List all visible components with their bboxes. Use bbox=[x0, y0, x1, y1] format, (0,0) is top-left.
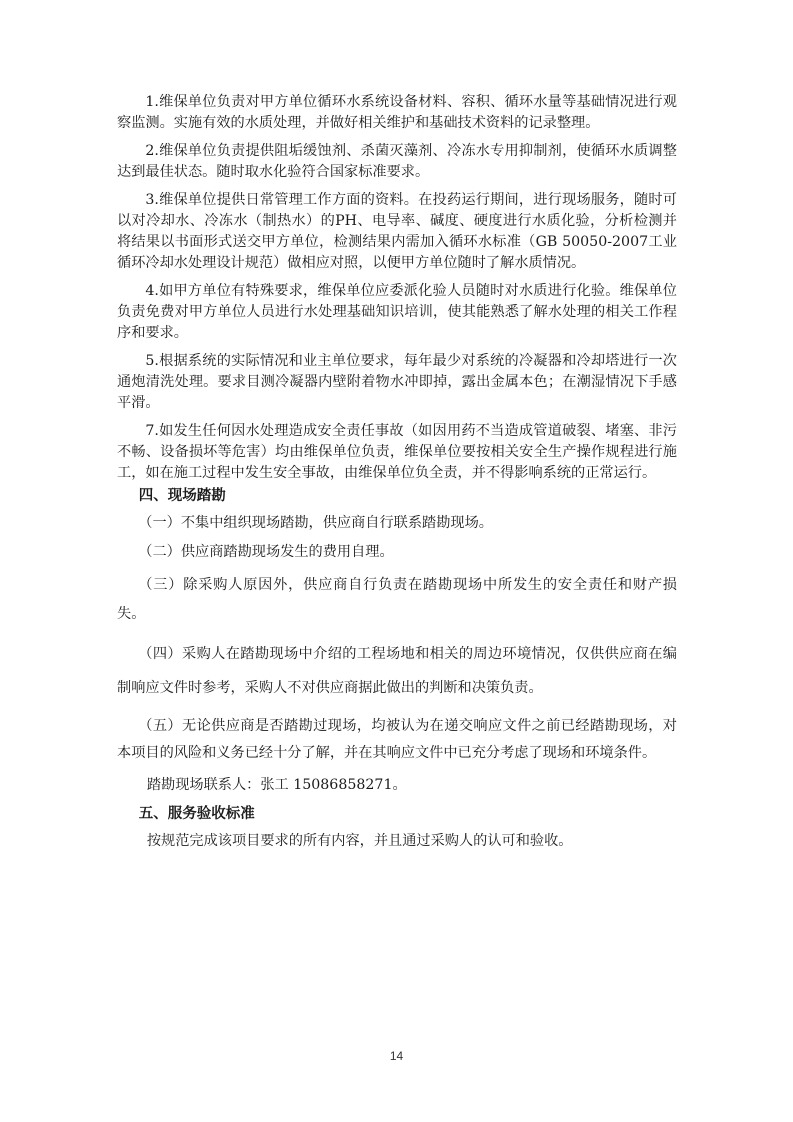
page-number: 14 bbox=[0, 1049, 793, 1063]
paragraph-item-5: 5.根据系统的实际情况和业主单位要求，每年最少对系统的冷凝器和冷却塔进行一次通炮… bbox=[117, 351, 677, 414]
acceptance-text: 按规范完成该项目要求的所有内容，并且通过采购人的认可和验收。 bbox=[117, 831, 677, 852]
site-survey-item-2: （二）供应商踏勘现场发生的费用自理。 bbox=[117, 542, 677, 563]
paragraph-item-2: 2.维保单位负责提供阻垢缓蚀剂、杀菌灭藻剂、冷冻水专用抑制剂，使循环水质调整达到… bbox=[117, 141, 677, 183]
site-survey-item-5: （五）无论供应商是否踏勘过现场，均被认为在递交响应文件之前已经踏勘现场，对 本项… bbox=[117, 713, 677, 767]
document-body: 1.维保单位负责对甲方单位循环水系统设备材料、容积、循环水量等基础情况进行观察监… bbox=[117, 92, 677, 852]
section-heading-acceptance: 五、服务验收标准 bbox=[117, 804, 677, 825]
site-survey-item-1: （一）不集中组织现场踏勘，供应商自行联系踏勘现场。 bbox=[117, 513, 677, 534]
paragraph-item-3: 3.维保单位提供日常管理工作方面的资料。在投药运行期间，进行现场服务，随时可以对… bbox=[117, 190, 677, 274]
site-survey-item-3: （三）除采购人原因外，供应商自行负责在踏勘现场中所发生的安全责任和财产损失。 bbox=[117, 571, 677, 629]
paragraph-item-7: 7.如发生任何因水处理造成安全责任事故（如因用药不当造成管道破裂、堵塞、非污不畅… bbox=[117, 421, 677, 484]
site-survey-item-4: （四）采购人在踏勘现场中介绍的工程场地和相关的周边环境情况，仅供供应商在编制响应… bbox=[117, 637, 677, 705]
section-heading-site-survey: 四、现场踏勘 bbox=[117, 486, 677, 507]
paragraph-item-4: 4.如甲方单位有特殊要求，维保单位应委派化验人员随时对水质进行化验。维保单位负责… bbox=[117, 281, 677, 344]
site-contact: 踏勘现场联系人：张工 15086858271。 bbox=[117, 775, 677, 796]
paragraph-item-1: 1.维保单位负责对甲方单位循环水系统设备材料、容积、循环水量等基础情况进行观察监… bbox=[117, 92, 677, 134]
